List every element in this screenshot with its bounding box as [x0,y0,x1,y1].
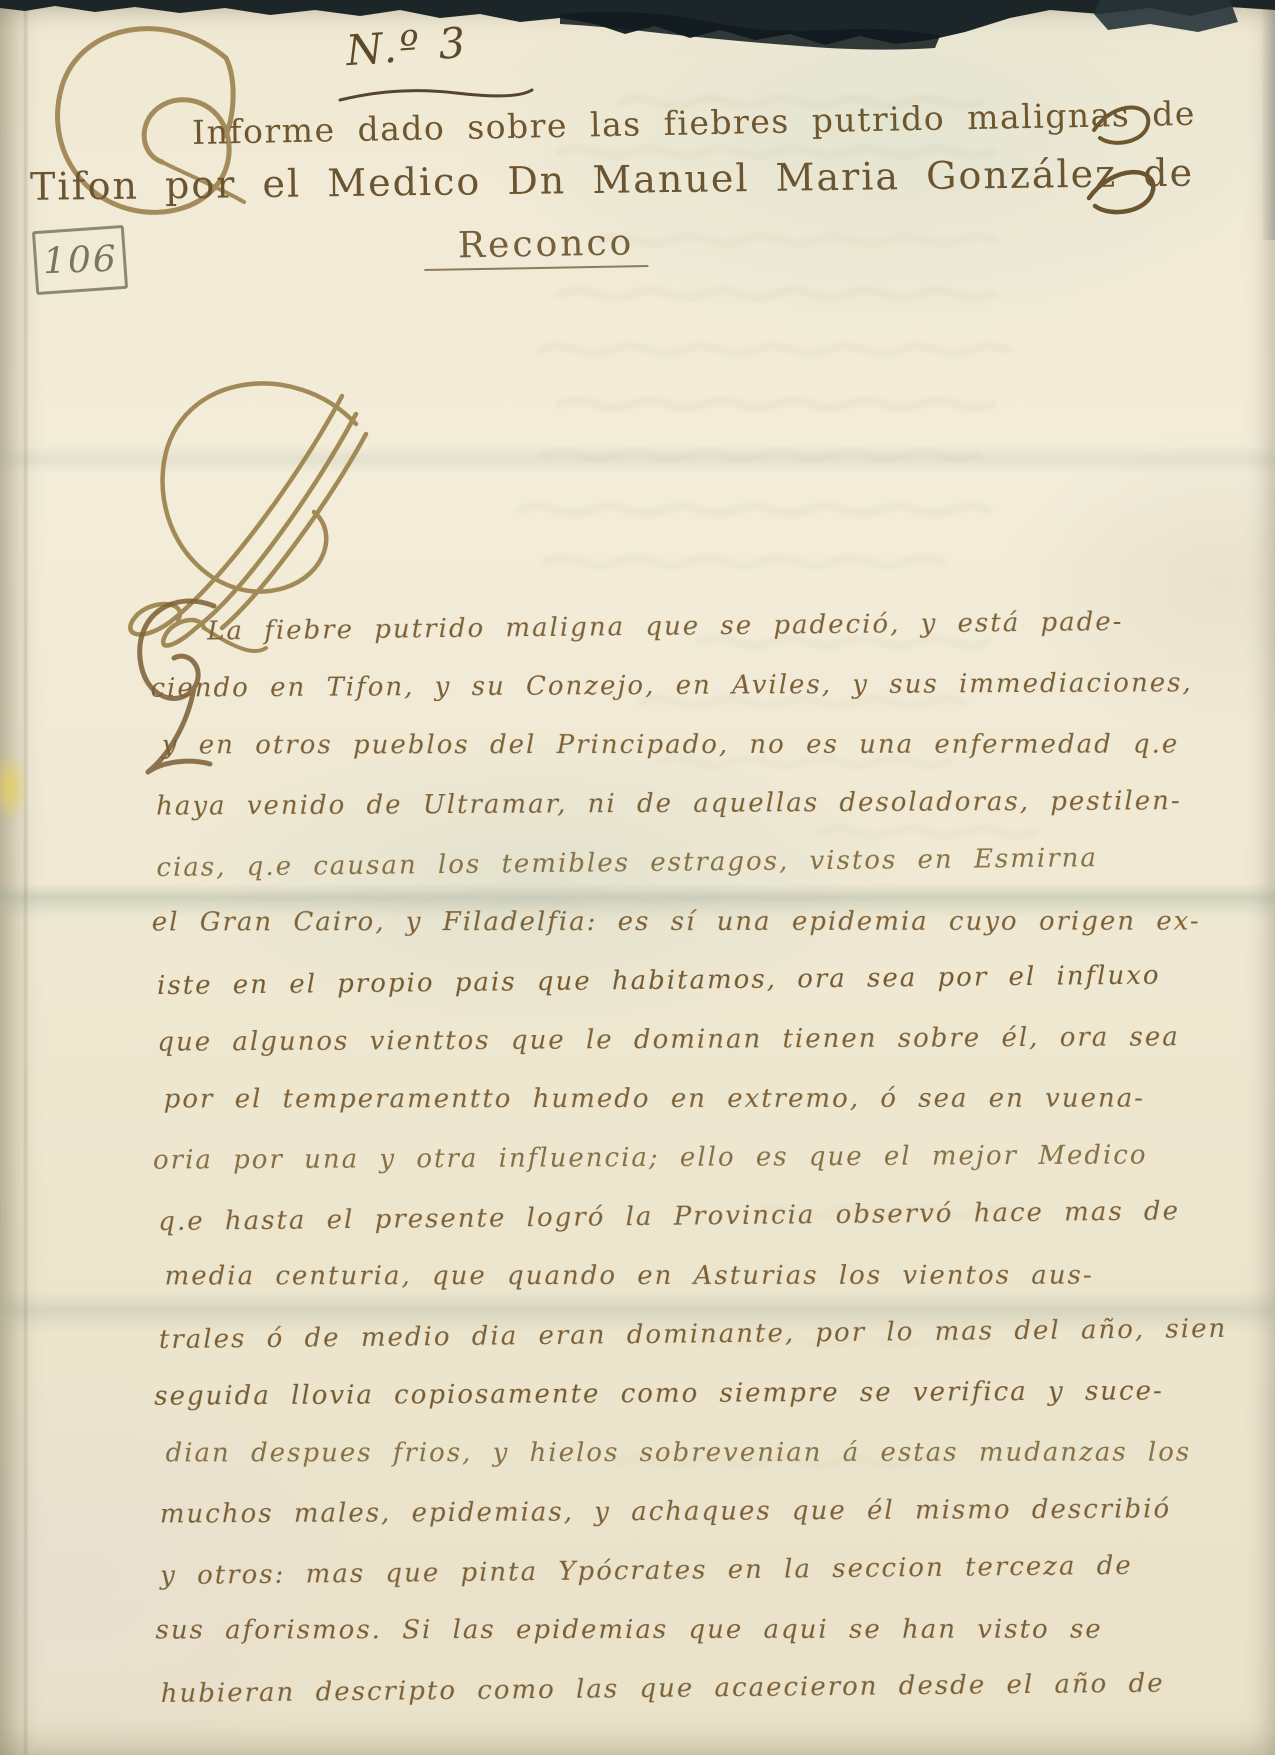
manuscript-line: muchos males, epidemias, y achaques que … [160,1480,1122,1544]
manuscript-line: La fiebre putrido maligna que se padeció… [155,593,1118,662]
manuscript-line: sus aforismos. Si las epidemias que aqui… [155,1601,1122,1661]
manuscript-line: media centuria, que quando en Asturias l… [165,1247,1121,1307]
manuscript-line: dian despues frios, y hielos sobrevenian… [166,1424,1122,1484]
manuscript-line: iste en el propio pais que habitamos, or… [157,947,1120,1016]
manuscript-scan: N.º 3 Informe dado sobre las fiebres put… [0,0,1275,1755]
manuscript-line: por el temperamentto humedo en extremo, … [164,1070,1120,1130]
body-paragraph: La fiebre putrido maligna que se padeció… [155,595,1123,1721]
archive-number-box: 106 [32,225,128,295]
title-swash-2 [1085,160,1165,220]
manuscript-line: ciendo en Tifon, y su Conzejo, en Aviles… [150,654,1117,718]
title-line-3: Reconco [424,222,649,271]
manuscript-line: y en otros pueblos del Principado, no es… [162,716,1118,776]
page-label-underline [336,84,536,106]
title-swash-1 [1090,96,1160,152]
manuscript-line: oria por una y otra influencia; ello es … [153,1126,1120,1190]
manuscript-line: haya venido de Ultramar, ni de aquellas … [156,772,1118,836]
manuscript-line: que algunos vienttos que le dominan tien… [157,1008,1119,1072]
page-label: N.º 3 [344,18,469,75]
archive-number: 106 [42,238,118,282]
manuscript-line: q.e hasta el presente logró la Provincia… [158,1183,1121,1252]
manuscript-line: y otros: mas que pinta Ypócrates en la s… [160,1537,1123,1606]
left-edge-crease [24,0,27,1755]
manuscript-line: seguida llovia copiosamente como siempre… [154,1362,1121,1426]
manuscript-line: trales ó de medio dia eran dominante, po… [159,1301,1122,1370]
manuscript-line: el Gran Cairo, y Filadelfia: es sí una e… [152,893,1119,953]
manuscript-line: cias, q.e causan los temibles estragos, … [156,829,1119,898]
manuscript-line: hubieran descripto como las que acaecier… [160,1655,1123,1724]
